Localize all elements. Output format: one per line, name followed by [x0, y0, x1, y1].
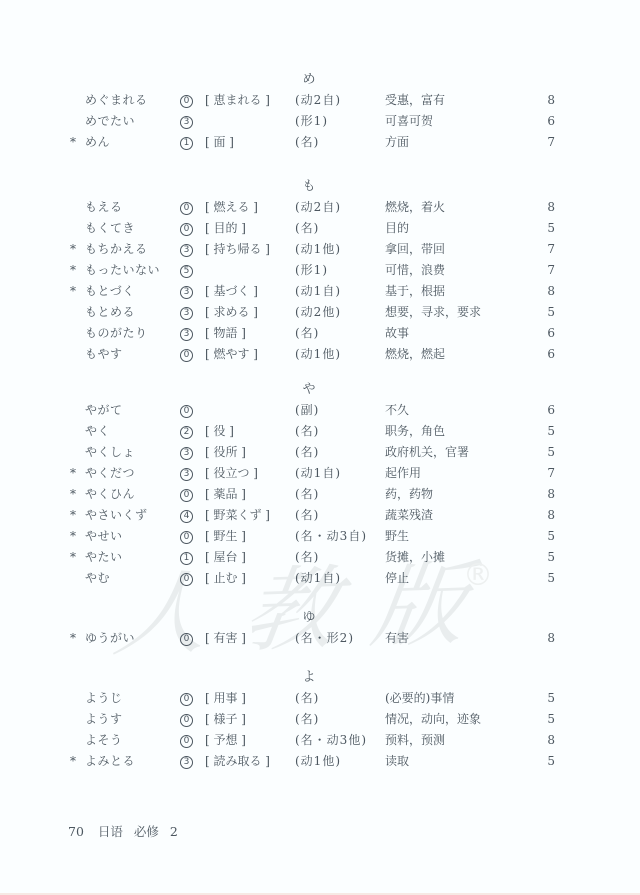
accent-cell: 4 [180, 505, 205, 526]
meaning-chinese: 政府机关，官署 [385, 442, 540, 463]
lesson-number: 8 [540, 197, 555, 218]
star-marker [70, 302, 85, 323]
vocab-row: もえる 0 [ 燃える ] (动2自) 燃烧，着火 8 [70, 197, 640, 218]
section-header: も [0, 176, 618, 197]
meaning-chinese: 拿回，带回 [385, 239, 540, 260]
vocab-section: よ ようじ 0 [ 用事 ] (名) (必要的)事情 5 ようす 0 [ 様子 … [0, 667, 640, 772]
word-kanji: [ 燃やす ] [205, 344, 295, 365]
lesson-number: 5 [540, 442, 555, 463]
lesson-number: 8 [540, 730, 555, 751]
accent-number: 3 [180, 328, 193, 341]
meaning-chinese: 起作用 [385, 463, 540, 484]
lesson-number: 5 [540, 218, 555, 239]
word-kana: ゆうがい [85, 628, 180, 649]
part-of-speech: (名) [295, 688, 385, 709]
word-kanji: [ 用事 ] [205, 688, 295, 709]
word-kana: やく [85, 421, 180, 442]
meaning-chinese: 职务，角色 [385, 421, 540, 442]
vocab-row: めでたい 3 (形1) 可喜可贺 6 [70, 111, 640, 132]
vocab-row: * めん 1 [ 面 ] (名) 方面 7 [70, 132, 640, 153]
accent-number: 0 [180, 531, 193, 544]
accent-cell: 0 [180, 730, 205, 751]
lesson-number: 6 [540, 111, 555, 132]
meaning-chinese: 药，药物 [385, 484, 540, 505]
section-rows: めぐまれる 0 [ 恵まれる ] (动2自) 受惠，富有 8 めでたい 3 (形… [0, 90, 640, 153]
accent-number: 0 [180, 735, 193, 748]
accent-number: 0 [180, 489, 193, 502]
lesson-number: 8 [540, 90, 555, 111]
meaning-chinese: 故事 [385, 323, 540, 344]
word-kanji: [ 野生 ] [205, 526, 295, 547]
lesson-number: 5 [540, 709, 555, 730]
word-kana: めん [85, 132, 180, 153]
meaning-chinese: 预料，预测 [385, 730, 540, 751]
meaning-chinese: 受惠，富有 [385, 90, 540, 111]
star-marker: * [70, 484, 85, 505]
lesson-number: 6 [540, 323, 555, 344]
star-marker [70, 400, 85, 421]
meaning-chinese: 停止 [385, 568, 540, 589]
star-marker [70, 344, 85, 365]
lesson-number: 6 [540, 344, 555, 365]
meaning-chinese: 情况，动向，迹象 [385, 709, 540, 730]
meaning-chinese: 可惜，浪费 [385, 260, 540, 281]
vocab-section: ゆ * ゆうがい 0 [ 有害 ] (名・形2) 有害 8 [0, 607, 640, 649]
vocab-row: もとめる 3 [ 求める ] (动2他) 想要，寻求，要求 5 [70, 302, 640, 323]
star-marker [70, 709, 85, 730]
section-header: ゆ [0, 607, 618, 628]
part-of-speech: (名) [295, 484, 385, 505]
meaning-chinese: 可喜可贺 [385, 111, 540, 132]
word-kana: やせい [85, 526, 180, 547]
vocab-row: * やせい 0 [ 野生 ] (名・动3自) 野生 5 [70, 526, 640, 547]
word-kanji: [ 恵まれる ] [205, 90, 295, 111]
part-of-speech: (动2自) [295, 90, 385, 111]
word-kana: やくひん [85, 484, 180, 505]
lesson-number: 7 [540, 132, 555, 153]
lesson-number: 5 [540, 526, 555, 547]
word-kana: もくてき [85, 218, 180, 239]
vocab-row: よそう 0 [ 予想 ] (名・动3他) 预料，预测 8 [70, 730, 640, 751]
accent-cell: 0 [180, 688, 205, 709]
meaning-chinese: 燃烧，着火 [385, 197, 540, 218]
part-of-speech: (名) [295, 547, 385, 568]
accent-number: 0 [180, 95, 193, 108]
lesson-number: 8 [540, 505, 555, 526]
meaning-chinese: 想要，寻求，要求 [385, 302, 540, 323]
meaning-chinese: 燃烧，燃起 [385, 344, 540, 365]
accent-number: 0 [180, 633, 193, 646]
accent-cell: 0 [180, 526, 205, 547]
star-marker: * [70, 547, 85, 568]
meaning-chinese: 基于，根据 [385, 281, 540, 302]
word-kanji: [ 野菜くず ] [205, 505, 295, 526]
word-kanji: [ 面 ] [205, 132, 295, 153]
star-marker: * [70, 260, 85, 281]
part-of-speech: (名) [295, 132, 385, 153]
star-marker [70, 730, 85, 751]
lesson-number: 5 [540, 302, 555, 323]
star-marker: * [70, 281, 85, 302]
word-kanji [205, 260, 295, 281]
vocab-section: や やがて 0 (副) 不久 6 やく 2 [ 役 ] (名) 职务，角色 5 … [0, 379, 640, 589]
accent-number: 1 [180, 137, 193, 150]
accent-cell: 2 [180, 421, 205, 442]
accent-number: 3 [180, 447, 193, 460]
star-marker [70, 197, 85, 218]
vocab-row: ようじ 0 [ 用事 ] (名) (必要的)事情 5 [70, 688, 640, 709]
vocab-row: * やくだつ 3 [ 役立つ ] (动1自) 起作用 7 [70, 463, 640, 484]
part-of-speech: (名) [295, 505, 385, 526]
vocab-row: やむ 0 [ 止む ] (动1自) 停止 5 [70, 568, 640, 589]
part-of-speech: (名) [295, 442, 385, 463]
vocab-row: * もとづく 3 [ 基づく ] (动1自) 基于，根据 8 [70, 281, 640, 302]
star-marker [70, 111, 85, 132]
accent-number: 3 [180, 307, 193, 320]
meaning-chinese: 有害 [385, 628, 540, 649]
section-header: よ [0, 667, 618, 688]
word-kana: もとづく [85, 281, 180, 302]
accent-number: 0 [180, 573, 193, 586]
accent-cell: 0 [180, 90, 205, 111]
word-kanji: [ 役立つ ] [205, 463, 295, 484]
word-kana: もとめる [85, 302, 180, 323]
part-of-speech: (动1他) [295, 239, 385, 260]
lesson-number: 7 [540, 239, 555, 260]
vocab-row: * もったいない 5 (形1) 可惜，浪费 7 [70, 260, 640, 281]
vocab-row: ようす 0 [ 様子 ] (名) 情况，动向，迹象 5 [70, 709, 640, 730]
part-of-speech: (动2他) [295, 302, 385, 323]
star-marker [70, 421, 85, 442]
part-of-speech: (动1自) [295, 568, 385, 589]
vocab-row: もやす 0 [ 燃やす ] (动1他) 燃烧，燃起 6 [70, 344, 640, 365]
accent-number: 0 [180, 405, 193, 418]
lesson-number: 7 [540, 463, 555, 484]
vocab-row: * やたい 1 [ 屋台 ] (名) 货摊，小摊 5 [70, 547, 640, 568]
word-kanji [205, 111, 295, 132]
word-kanji: [ 役所 ] [205, 442, 295, 463]
part-of-speech: (名) [295, 709, 385, 730]
word-kana: めぐまれる [85, 90, 180, 111]
accent-cell: 0 [180, 484, 205, 505]
word-kana: もちかえる [85, 239, 180, 260]
part-of-speech: (名) [295, 218, 385, 239]
section-rows: ようじ 0 [ 用事 ] (名) (必要的)事情 5 ようす 0 [ 様子 ] … [0, 688, 640, 772]
vocab-row: やく 2 [ 役 ] (名) 职务，角色 5 [70, 421, 640, 442]
scanned-textbook-page: 人教版 ® め めぐまれる 0 [ 恵まれる ] (动2自) 受惠，富有 8 め… [0, 0, 640, 895]
lesson-number: 5 [540, 547, 555, 568]
accent-cell: 0 [180, 344, 205, 365]
star-marker [70, 218, 85, 239]
star-marker: * [70, 751, 85, 772]
accent-cell: 3 [180, 239, 205, 260]
star-marker [70, 568, 85, 589]
meaning-chinese: 不久 [385, 400, 540, 421]
lesson-number: 6 [540, 400, 555, 421]
part-of-speech: (名) [295, 421, 385, 442]
book-title: 日语 必修 2 [98, 824, 178, 839]
accent-cell: 1 [180, 547, 205, 568]
vocab-row: やがて 0 (副) 不久 6 [70, 400, 640, 421]
accent-cell: 3 [180, 302, 205, 323]
word-kanji: [ 物語 ] [205, 323, 295, 344]
star-marker [70, 90, 85, 111]
accent-number: 2 [180, 426, 193, 439]
accent-cell: 0 [180, 628, 205, 649]
star-marker [70, 323, 85, 344]
word-kanji [205, 400, 295, 421]
section-rows: * ゆうがい 0 [ 有害 ] (名・形2) 有害 8 [0, 628, 640, 649]
part-of-speech: (名) [295, 323, 385, 344]
accent-number: 0 [180, 714, 193, 727]
accent-number: 3 [180, 468, 193, 481]
word-kana: やくしょ [85, 442, 180, 463]
accent-cell: 0 [180, 709, 205, 730]
word-kana: やがて [85, 400, 180, 421]
word-kana: やたい [85, 547, 180, 568]
accent-number: 0 [180, 693, 193, 706]
word-kana: やむ [85, 568, 180, 589]
page-number: 70 [68, 824, 84, 839]
accent-number: 0 [180, 349, 193, 362]
section-rows: もえる 0 [ 燃える ] (动2自) 燃烧，着火 8 もくてき 0 [ 目的 … [0, 197, 640, 365]
word-kana: ようじ [85, 688, 180, 709]
word-kanji: [ 基づく ] [205, 281, 295, 302]
word-kana: よみとる [85, 751, 180, 772]
vocab-list: め めぐまれる 0 [ 恵まれる ] (动2自) 受惠，富有 8 めでたい 3 … [0, 0, 640, 842]
star-marker: * [70, 505, 85, 526]
accent-number: 3 [180, 244, 193, 257]
lesson-number: 8 [540, 628, 555, 649]
accent-cell: 0 [180, 218, 205, 239]
vocab-row: やくしょ 3 [ 役所 ] (名) 政府机关，官署 5 [70, 442, 640, 463]
vocab-row: * ゆうがい 0 [ 有害 ] (名・形2) 有害 8 [70, 628, 640, 649]
lesson-number: 5 [540, 421, 555, 442]
part-of-speech: (形1) [295, 260, 385, 281]
word-kanji: [ 止む ] [205, 568, 295, 589]
word-kana: めでたい [85, 111, 180, 132]
star-marker: * [70, 239, 85, 260]
accent-cell: 3 [180, 463, 205, 484]
vocab-row: * よみとる 3 [ 読み取る ] (动1他) 读取 5 [70, 751, 640, 772]
word-kana: もやす [85, 344, 180, 365]
lesson-number: 5 [540, 568, 555, 589]
vocab-row: * もちかえる 3 [ 持ち帰る ] (动1他) 拿回，带回 7 [70, 239, 640, 260]
section-rows: やがて 0 (副) 不久 6 やく 2 [ 役 ] (名) 职务，角色 5 やく… [0, 400, 640, 589]
meaning-chinese: 野生 [385, 526, 540, 547]
part-of-speech: (名・动3自) [295, 526, 385, 547]
word-kanji: [ 燃える ] [205, 197, 295, 218]
word-kanji: [ 屋台 ] [205, 547, 295, 568]
star-marker [70, 442, 85, 463]
accent-number: 3 [180, 756, 193, 769]
word-kanji: [ 読み取る ] [205, 751, 295, 772]
section-header: め [0, 69, 618, 90]
vocab-section: も もえる 0 [ 燃える ] (动2自) 燃烧，着火 8 もくてき 0 [ 目… [0, 176, 640, 365]
word-kana: もえる [85, 197, 180, 218]
star-marker [70, 688, 85, 709]
page-footer: 70日语 必修 2 [68, 821, 640, 842]
word-kana: やくだつ [85, 463, 180, 484]
accent-number: 3 [180, 116, 193, 129]
accent-number: 4 [180, 510, 193, 523]
word-kana: やさいくず [85, 505, 180, 526]
accent-cell: 5 [180, 260, 205, 281]
word-kana: ようす [85, 709, 180, 730]
accent-number: 0 [180, 223, 193, 236]
part-of-speech: (动1他) [295, 751, 385, 772]
star-marker: * [70, 628, 85, 649]
part-of-speech: (动1他) [295, 344, 385, 365]
star-marker: * [70, 463, 85, 484]
vocab-section: め めぐまれる 0 [ 恵まれる ] (动2自) 受惠，富有 8 めでたい 3 … [0, 69, 640, 153]
word-kanji: [ 目的 ] [205, 218, 295, 239]
accent-cell: 3 [180, 442, 205, 463]
meaning-chinese: 蔬菜残渣 [385, 505, 540, 526]
word-kana: よそう [85, 730, 180, 751]
star-marker: * [70, 526, 85, 547]
accent-cell: 3 [180, 323, 205, 344]
accent-cell: 0 [180, 400, 205, 421]
word-kana: ものがたり [85, 323, 180, 344]
part-of-speech: (副) [295, 400, 385, 421]
lesson-number: 5 [540, 688, 555, 709]
meaning-chinese: 货摊，小摊 [385, 547, 540, 568]
section-header: や [0, 379, 618, 400]
vocab-row: ものがたり 3 [ 物語 ] (名) 故事 6 [70, 323, 640, 344]
meaning-chinese: 读取 [385, 751, 540, 772]
accent-number: 0 [180, 202, 193, 215]
accent-number: 3 [180, 286, 193, 299]
part-of-speech: (动2自) [295, 197, 385, 218]
accent-cell: 0 [180, 197, 205, 218]
vocab-row: もくてき 0 [ 目的 ] (名) 目的 5 [70, 218, 640, 239]
word-kanji: [ 様子 ] [205, 709, 295, 730]
accent-cell: 1 [180, 132, 205, 153]
meaning-chinese: 目的 [385, 218, 540, 239]
part-of-speech: (形1) [295, 111, 385, 132]
accent-number: 1 [180, 552, 193, 565]
lesson-number: 5 [540, 751, 555, 772]
part-of-speech: (名・形2) [295, 628, 385, 649]
vocab-row: めぐまれる 0 [ 恵まれる ] (动2自) 受惠，富有 8 [70, 90, 640, 111]
meaning-chinese: (必要的)事情 [385, 688, 540, 709]
accent-cell: 3 [180, 281, 205, 302]
part-of-speech: (动1自) [295, 463, 385, 484]
meaning-chinese: 方面 [385, 132, 540, 153]
word-kanji: [ 予想 ] [205, 730, 295, 751]
accent-cell: 3 [180, 111, 205, 132]
accent-number: 5 [180, 265, 193, 278]
word-kanji: [ 役 ] [205, 421, 295, 442]
vocab-row: * やくひん 0 [ 薬品 ] (名) 药，药物 8 [70, 484, 640, 505]
lesson-number: 7 [540, 260, 555, 281]
accent-cell: 0 [180, 568, 205, 589]
word-kanji: [ 薬品 ] [205, 484, 295, 505]
vocab-row: * やさいくず 4 [ 野菜くず ] (名) 蔬菜残渣 8 [70, 505, 640, 526]
word-kana: もったいない [85, 260, 180, 281]
lesson-number: 8 [540, 281, 555, 302]
part-of-speech: (名・动3他) [295, 730, 385, 751]
part-of-speech: (动1自) [295, 281, 385, 302]
word-kanji: [ 持ち帰る ] [205, 239, 295, 260]
star-marker: * [70, 132, 85, 153]
lesson-number: 8 [540, 484, 555, 505]
word-kanji: [ 有害 ] [205, 628, 295, 649]
accent-cell: 3 [180, 751, 205, 772]
word-kanji: [ 求める ] [205, 302, 295, 323]
